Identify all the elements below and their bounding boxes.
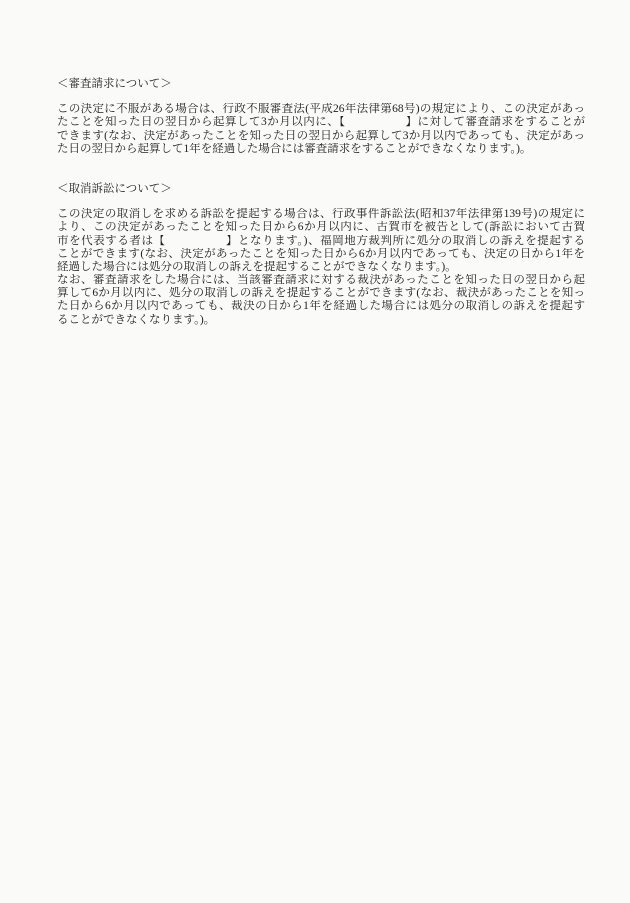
body-text-line: 経過した場合には処分の取消しの訴えを提起することができなくなります。)。 [57, 261, 585, 274]
section-heading-torikeshi-sosho: ＜取消訴訟について＞ [57, 183, 585, 196]
body-text-line: 算して6か月以内に、処分の取消しの訴えを提起することができます(なお、裁決があっ… [57, 287, 585, 300]
body-text-line: た日から6か月以内であっても、裁決の日から1年を経過した場合には処分の取消しの訴… [57, 300, 585, 313]
section-heading-shinsa-seikyu: ＜審査請求について＞ [57, 78, 585, 91]
paragraph-shinsa-seikyu: この決定に不服がある場合は、行政不服審査法(平成26年法律第68号)の規定により… [57, 103, 585, 156]
body-text-line: ることができなくなります。)。 [57, 314, 585, 327]
body-text-line: より、この決定があったことを知った日から6か月以内に、古賀市を被告として(訴訟に… [57, 221, 585, 234]
body-text-line: ことができます(なお、決定があったことを知った日から6か月以内であっても、決定の… [57, 248, 585, 261]
body-text-line: なお、審査請求をした場合には、当該審査請求に対する裁決があったことを知った日の翌… [57, 274, 585, 287]
body-text-line: この決定の取消しを求める訴訟を提起する場合は、行政事件訴訟法(昭和37年法律第1… [57, 208, 585, 221]
body-text-line: できます(なお、決定があったことを知った日の翌日から起算して3か月以内であっても… [57, 130, 585, 143]
body-text-line: たことを知った日の翌日から起算して3か月以内に、【 】に対して審査請求をすること… [57, 116, 585, 129]
section-shinsa-seikyu: ＜審査請求について＞ この決定に不服がある場合は、行政不服審査法(平成26年法律… [57, 78, 585, 156]
body-text-line: た日の翌日から起算して1年を経過した場合には審査請求をすることができなくなります… [57, 143, 585, 156]
document-page: ＜審査請求について＞ この決定に不服がある場合は、行政不服審査法(平成26年法律… [0, 0, 630, 903]
section-torikeshi-sosho: ＜取消訴訟について＞ この決定の取消しを求める訴訟を提起する場合は、行政事件訴訟… [57, 183, 585, 327]
paragraph-torikeshi-sosho: この決定の取消しを求める訴訟を提起する場合は、行政事件訴訟法(昭和37年法律第1… [57, 208, 585, 327]
body-text-line: 市を代表する者は【 】となります。)、福岡地方裁判所に処分の取消しの訴えを提起す… [57, 235, 585, 248]
body-text-line: この決定に不服がある場合は、行政不服審査法(平成26年法律第68号)の規定により… [57, 103, 585, 116]
